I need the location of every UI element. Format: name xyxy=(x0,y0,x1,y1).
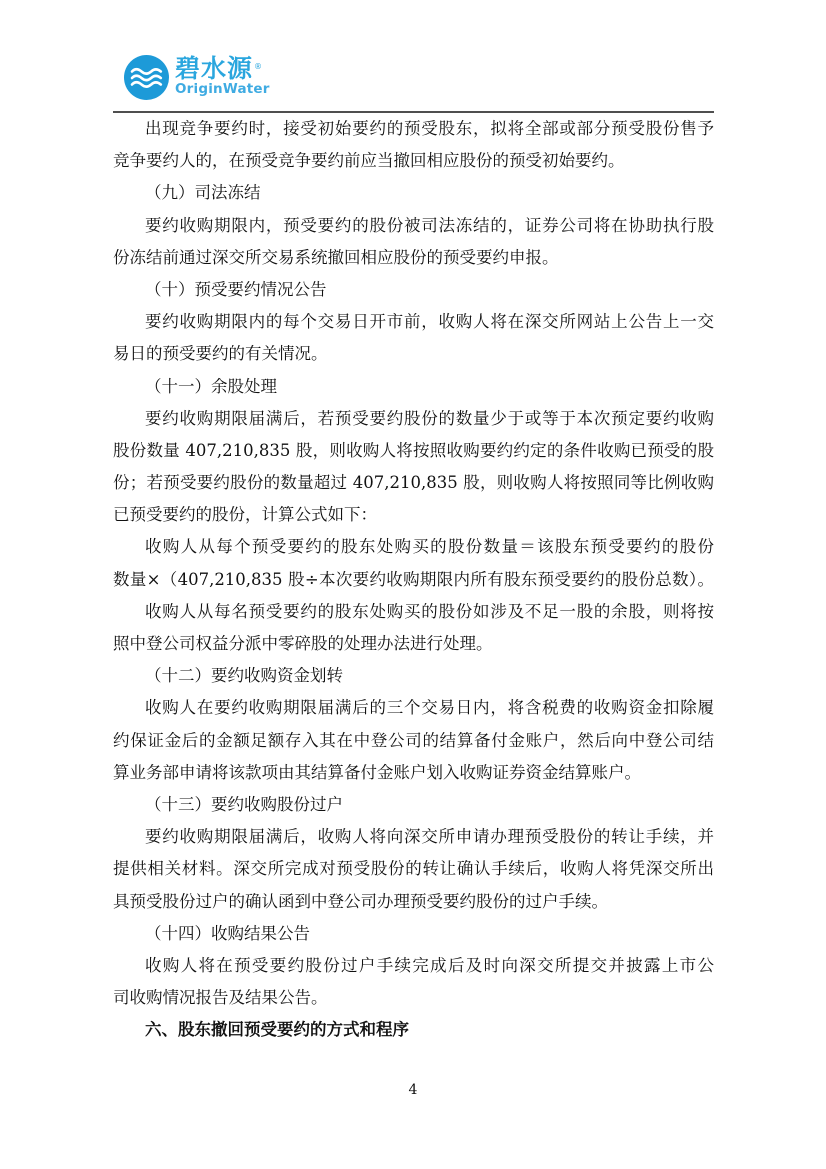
registered-trademark-mark: ® xyxy=(254,62,263,71)
page-footer: 4 xyxy=(0,1082,826,1098)
text-line: （十）预受要约情况公告 xyxy=(113,274,714,306)
text-line: 收购人从每个预受要约的股东处购买的股份数量＝该股东预受要约的股份 xyxy=(113,531,714,563)
page-number: 4 xyxy=(409,1082,418,1098)
text-line: 份冻结前通过深交所交易系统撤回相应股份的预受要约申报。 xyxy=(113,242,714,274)
text-line: 要约收购期限届满后，收购人将向深交所申请办理预受股份的转让手续，并 xyxy=(113,821,714,853)
text-line: 收购人将在预受要约股份过户手续完成后及时向深交所提交并披露上市公 xyxy=(113,950,714,982)
brand-wordmark: 碧水源® OriginWater xyxy=(175,55,270,96)
text-line: 司收购情况报告及结果公告。 xyxy=(113,982,714,1014)
text-line: （九）司法冻结 xyxy=(113,177,714,209)
text-line: 要约收购期限内，预受要约的股份被司法冻结的，证券公司将在协助执行股 xyxy=(113,210,714,242)
text-line: 易日的预受要约的有关情况。 xyxy=(113,338,714,370)
text-line: 算业务部申请将该款项由其结算备付金账户划入收购证券资金结算账户。 xyxy=(113,757,714,789)
text-line: 要约收购期限内的每个交易日开市前，收购人将在深交所网站上公告上一交 xyxy=(113,306,714,338)
originwater-logo: 碧水源® OriginWater xyxy=(124,55,270,100)
text-line: 数量×（407,210,835 股÷本次要约收购期限内所有股东预受要约的股份总数… xyxy=(113,564,714,596)
text-line: 具预受股份过户的确认函到中登公司办理预受要约股份的过户手续。 xyxy=(113,886,714,918)
text-line: （十二）要约收购资金划转 xyxy=(113,660,714,692)
text-line: 股份数量 407,210,835 股，则收购人将按照收购要约约定的条件收购已预受… xyxy=(113,435,714,467)
text-line: 照中登公司权益分派中零碎股的处理办法进行处理。 xyxy=(113,628,714,660)
text-line: 要约收购期限届满后，若预受要约股份的数量少于或等于本次预定要约收购 xyxy=(113,403,714,435)
text-line: （十四）收购结果公告 xyxy=(113,918,714,950)
brand-name-english: OriginWater xyxy=(175,82,270,96)
text-line: 收购人在要约收购期限届满后的三个交易日内，将含税费的收购资金扣除履 xyxy=(113,692,714,724)
document-page: 碧水源® OriginWater 出现竞争要约时，接受初始要约的预受股东，拟将全… xyxy=(0,0,826,1169)
water-wave-logo-icon xyxy=(124,55,169,100)
document-body: 出现竞争要约时，接受初始要约的预受股东，拟将全部或部分预受股份售予竞争要约人的，… xyxy=(113,113,714,1046)
text-line: 竞争要约人的，在预受竞争要约前应当撤回相应股份的预受初始要约。 xyxy=(113,145,714,177)
text-line: 提供相关材料。深交所完成对预受股份的转让确认手续后，收购人将凭深交所出 xyxy=(113,853,714,885)
text-line: 出现竞争要约时，接受初始要约的预受股东，拟将全部或部分预受股份售予 xyxy=(113,113,714,145)
text-line: （十三）要约收购股份过户 xyxy=(113,789,714,821)
section-heading-line: 六、股东撤回预受要约的方式和程序 xyxy=(113,1014,714,1046)
text-line: 约保证金后的金额足额存入其在中登公司的结算备付金账户，然后向中登公司结 xyxy=(113,725,714,757)
text-line: （十一）余股处理 xyxy=(113,371,714,403)
text-line: 份；若预受要约股份的数量超过 407,210,835 股，则收购人将按照同等比例… xyxy=(113,467,714,499)
brand-name-chinese: 碧水源® xyxy=(175,55,270,82)
text-line: 收购人从每名预受要约的股东处购买的股份如涉及不足一股的余股，则将按 xyxy=(113,596,714,628)
text-line: 已预受要约的股份，计算公式如下： xyxy=(113,499,714,531)
